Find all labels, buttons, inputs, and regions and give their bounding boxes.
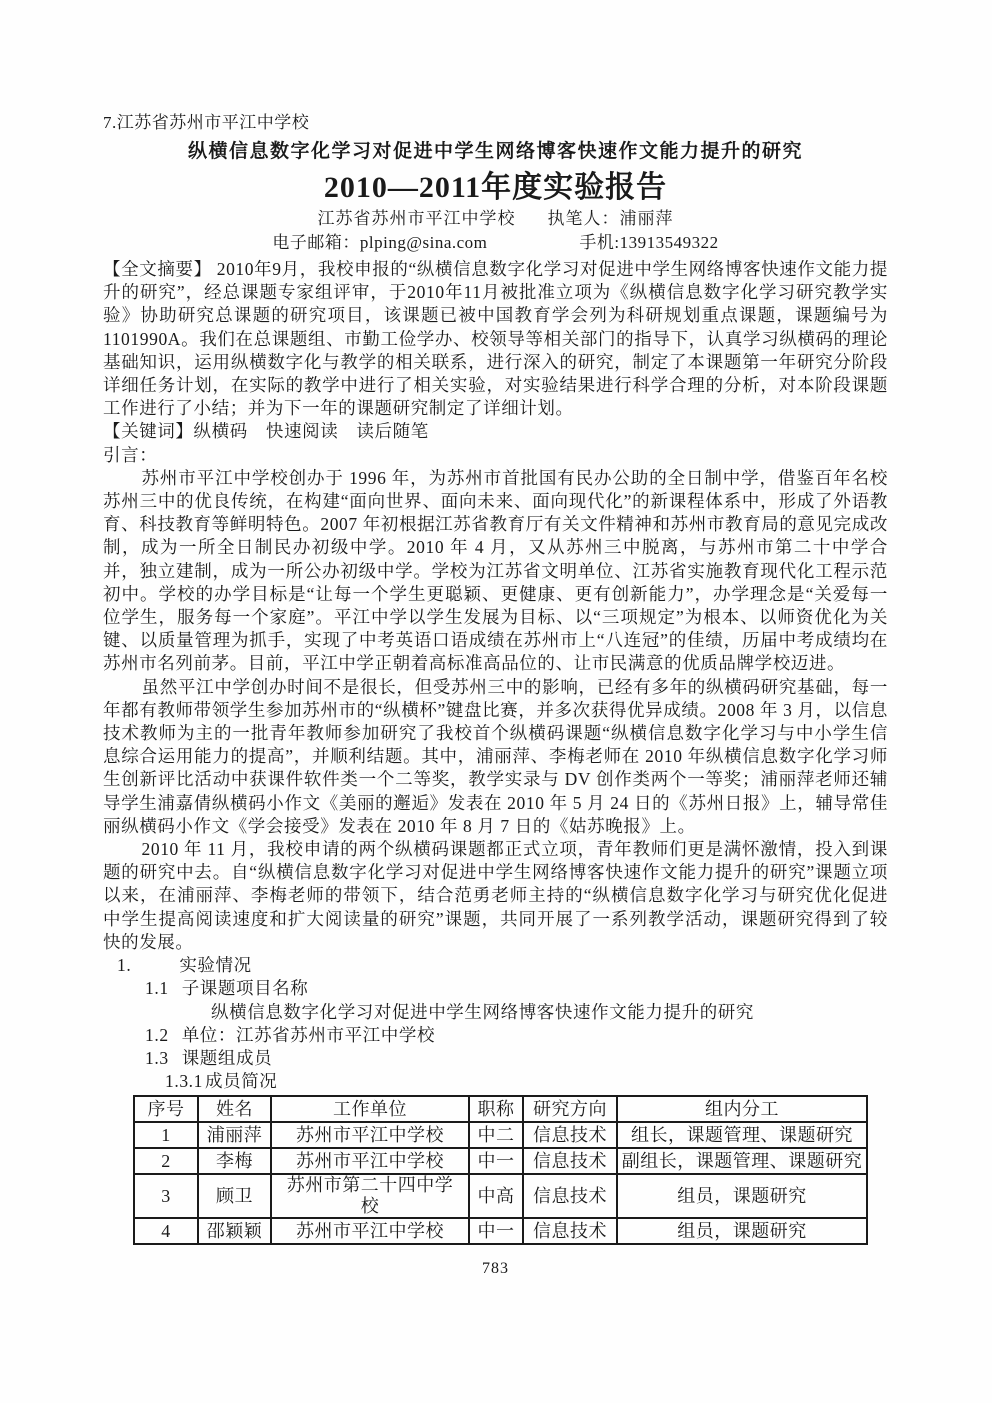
report-page: 7.江苏省苏州市平江中学校 纵横信息数字化学习对促进中学生网络博客快速作文能力提… <box>0 0 992 1403</box>
intro-paragraph-3: 2010 年 11 月，我校申请的两个纵横码课题都正式立项，青年教师们更是满怀激… <box>103 838 888 954</box>
cell-unit: 苏州市平江中学校 <box>271 1122 469 1148</box>
cell-title: 中二 <box>469 1122 523 1148</box>
contact-phone: 手机:13913549322 <box>579 232 718 254</box>
cell-title: 中高 <box>469 1174 523 1218</box>
cell-duty: 组员，课题研究 <box>617 1218 867 1244</box>
section-label: 7.江苏省苏州市平江中学校 <box>103 112 888 134</box>
cell-dir: 信息技术 <box>523 1122 617 1148</box>
intro-label: 引言： <box>103 444 888 467</box>
cell-duty: 组员，课题研究 <box>617 1174 867 1218</box>
header-cell-dir: 研究方向 <box>523 1096 617 1122</box>
table-row: 2 李梅 苏州市平江中学校 中一 信息技术 副组长，课题管理、课题研究 <box>134 1148 867 1174</box>
outline-item-1-3-1: 1.3.1 成员简况 <box>165 1070 888 1093</box>
cell-duty: 副组长，课题管理、课题研究 <box>617 1148 867 1174</box>
cell-no: 4 <box>134 1218 198 1244</box>
cell-no: 3 <box>134 1174 198 1218</box>
cell-name: 李梅 <box>198 1148 271 1174</box>
table-row: 1 浦丽萍 苏州市平江中学校 中二 信息技术 组长，课题管理、课题研究 <box>134 1122 867 1148</box>
cell-unit: 苏州市第二十四中学校 <box>271 1174 469 1218</box>
header-cell-duty: 组内分工 <box>617 1096 867 1122</box>
cell-dir: 信息技术 <box>523 1174 617 1218</box>
document-body: 【全文摘要】 2010年9月，我校申报的“纵横信息数字化学习对促进中学生网络博客… <box>103 258 888 954</box>
outline-item-1-1-label: 子课题项目名称 <box>182 977 309 1000</box>
header-cell-no: 序号 <box>134 1096 198 1122</box>
cell-unit: 苏州市平江中学校 <box>271 1148 469 1174</box>
byline-school: 江苏省苏州市平江中学校 <box>318 208 516 230</box>
cell-name: 浦丽萍 <box>198 1122 271 1148</box>
outline-item-1-1: 1.1 子课题项目名称 <box>145 977 888 1000</box>
cell-name: 邵颖颖 <box>198 1218 271 1244</box>
outline-item-1: 1. 实验情况 <box>117 954 888 977</box>
outline-item-1-3-number: 1.3 <box>145 1047 169 1070</box>
header-cell-name: 姓名 <box>198 1096 271 1122</box>
outline-item-1-label: 实验情况 <box>179 954 251 977</box>
outline-item-1-3-1-number: 1.3.1 <box>165 1070 203 1093</box>
outline-item-1-number: 1. <box>117 954 131 977</box>
header-cell-title: 职称 <box>469 1096 523 1122</box>
report-title: 2010—2011年度实验报告 <box>103 170 888 206</box>
members-table: 序号 姓名 工作单位 职称 研究方向 组内分工 1 浦丽萍 苏州市平江中学校 中… <box>133 1095 868 1245</box>
outline-item-1-2-number: 1.2 <box>145 1024 169 1047</box>
cell-duty: 组长，课题管理、课题研究 <box>617 1122 867 1148</box>
outline-item-1-2: 1.2 单位：江苏省苏州市平江中学校 <box>145 1024 888 1047</box>
outline-item-1-3: 1.3 课题组成员 <box>145 1047 888 1070</box>
cell-unit: 苏州市平江中学校 <box>271 1218 469 1244</box>
header-cell-unit: 工作单位 <box>271 1096 469 1122</box>
table-header-row: 序号 姓名 工作单位 职称 研究方向 组内分工 <box>134 1096 867 1122</box>
keywords-line: 【关键词】纵横码 快速阅读 读后随笔 <box>103 420 888 443</box>
cell-dir: 信息技术 <box>523 1218 617 1244</box>
contact-line: 电子邮箱：plping@sina.com 手机:13913549322 <box>103 232 888 254</box>
cell-title: 中一 <box>469 1148 523 1174</box>
abstract-paragraph: 【全文摘要】 2010年9月，我校申报的“纵横信息数字化学习对促进中学生网络博客… <box>103 258 888 420</box>
intro-paragraph-2: 虽然平江中学创办时间不是很长，但受苏州三中的影响，已经有多年的纵横码研究基础，每… <box>103 676 888 838</box>
cell-no: 2 <box>134 1148 198 1174</box>
outline-item-1-2-label: 单位：江苏省苏州市平江中学校 <box>182 1024 435 1047</box>
byline: 江苏省苏州市平江中学校 执笔人：浦丽萍 <box>103 208 888 230</box>
table-row: 3 顾卫 苏州市第二十四中学校 中高 信息技术 组员，课题研究 <box>134 1174 867 1218</box>
cell-dir: 信息技术 <box>523 1148 617 1174</box>
outline-item-1-1-number: 1.1 <box>145 977 169 1000</box>
intro-paragraph-1: 苏州市平江中学校创办于 1996 年，为苏州市首批国有民办公助的全日制中学，借鉴… <box>103 467 888 676</box>
cell-title: 中一 <box>469 1218 523 1244</box>
table-row: 4 邵颖颖 苏州市平江中学校 中一 信息技术 组员，课题研究 <box>134 1218 867 1244</box>
cell-no: 1 <box>134 1122 198 1148</box>
byline-author: 执笔人：浦丽萍 <box>548 208 674 230</box>
subtopic-name-text: 纵横信息数字化学习对促进中学生网络博客快速作文能力提升的研究 <box>211 1001 888 1024</box>
page-number: 783 <box>103 1260 888 1278</box>
project-title: 纵横信息数字化学习对促进中学生网络博客快速作文能力提升的研究 <box>103 140 888 164</box>
outline-item-1-3-1-label: 成员简况 <box>205 1070 277 1093</box>
cell-unit-text: 苏州市第二十四中学校 <box>284 1175 456 1217</box>
section-outline: 1. 实验情况 1.1 子课题项目名称 纵横信息数字化学习对促进中学生网络博客快… <box>103 954 888 1093</box>
contact-email: 电子邮箱：plping@sina.com <box>272 232 487 254</box>
cell-name: 顾卫 <box>198 1174 271 1218</box>
outline-item-1-3-label: 课题组成员 <box>182 1047 273 1070</box>
